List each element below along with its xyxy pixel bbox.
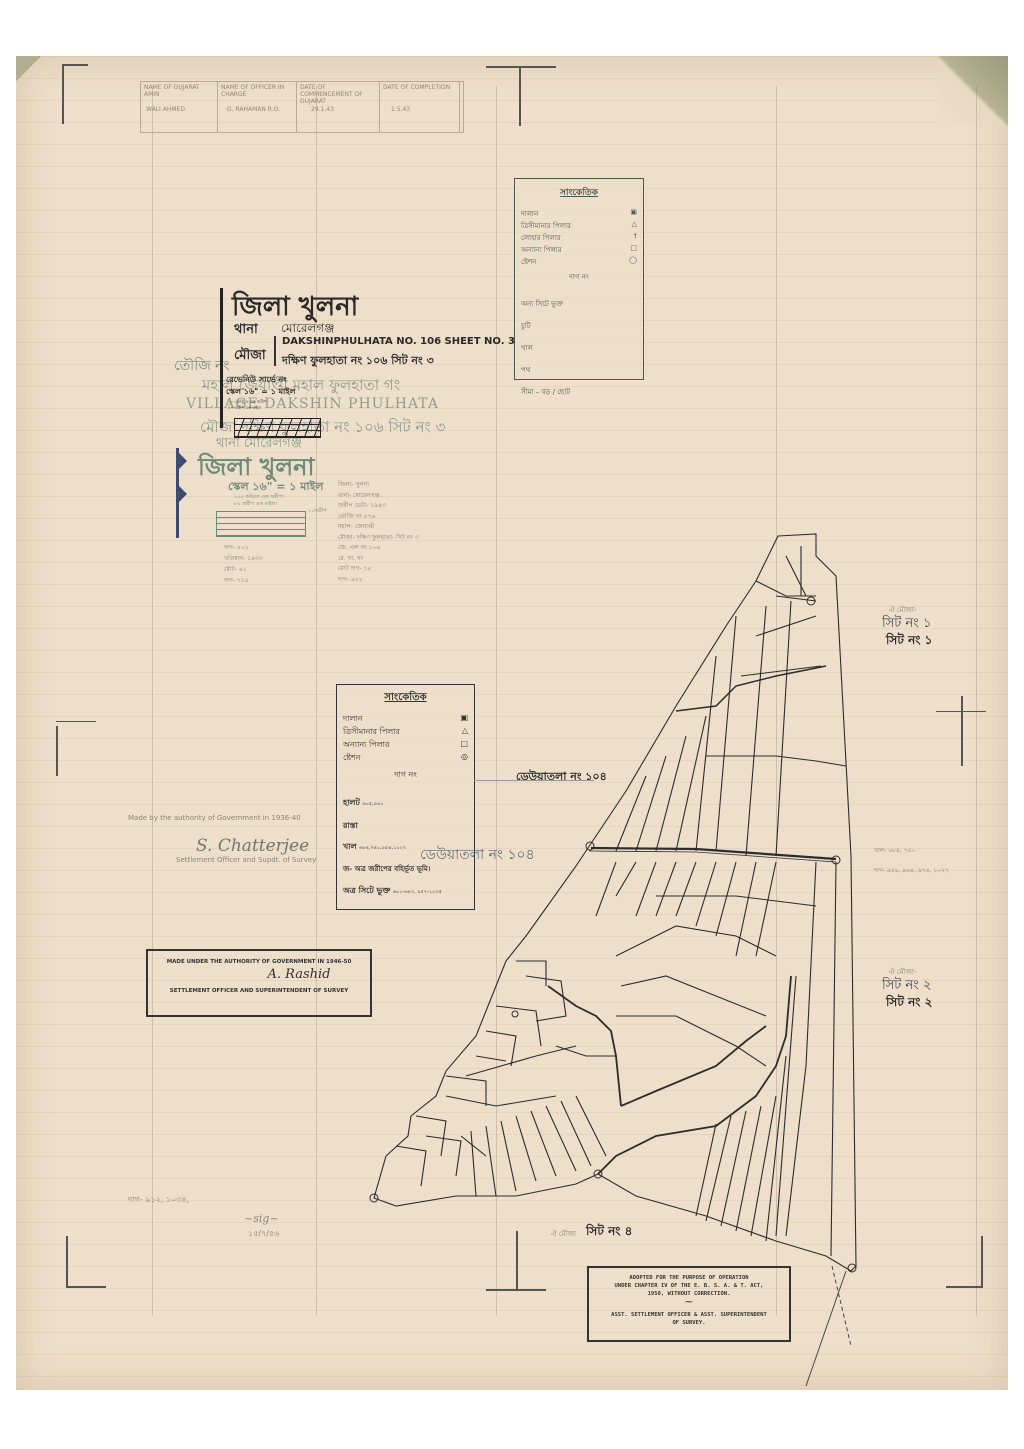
map-sheet: NAME OF GUJARAT AMIN NAME OF OFFICER IN … — [16, 56, 1008, 1390]
cadastral-map — [16, 56, 1008, 1390]
